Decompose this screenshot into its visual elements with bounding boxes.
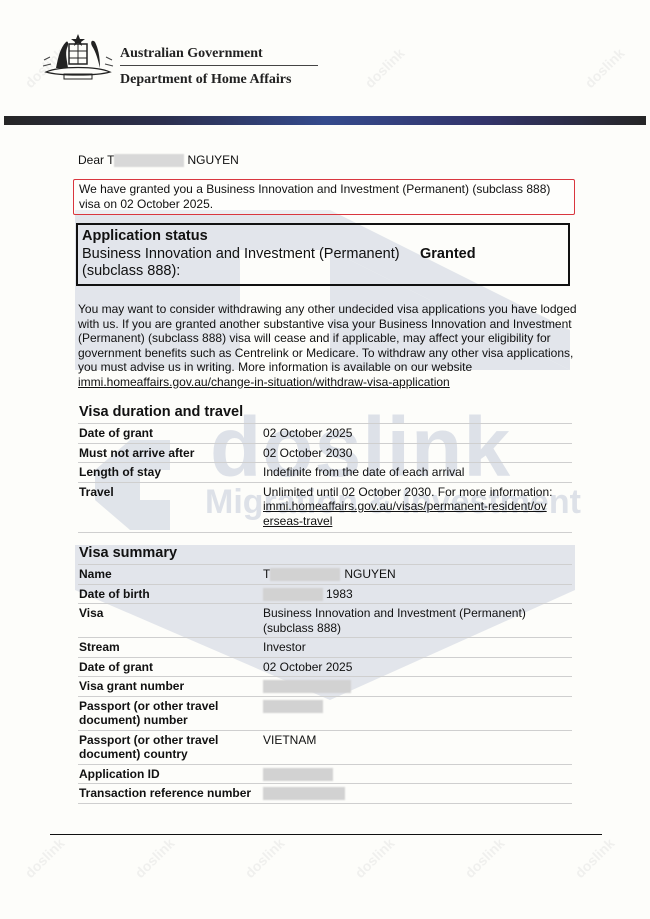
row-value: 1983 [262,584,572,604]
salutation: Dear TNGUYEN [78,153,239,167]
watermark-tile: doslink [242,835,288,881]
government-name: Australian Government [120,46,263,62]
visa-summary-table: Name TNGUYEN Date of birth 1983 Visa Bus… [78,564,572,804]
row-value [262,677,572,697]
table-row: Visa grant number [78,677,572,697]
row-label: Stream [78,638,262,658]
row-value: 02 October 2025 [262,424,572,444]
redacted-value [263,588,323,601]
department-name: Department of Home Affairs [120,72,291,88]
row-label: Visa grant number [78,677,262,697]
watermark-tile: doslink [22,835,68,881]
row-label: Application ID [78,764,262,784]
table-row: Travel Unlimited until 02 October 2030. … [78,482,572,533]
watermark-tile: doslink [352,835,398,881]
visa-summary-title: Visa summary [79,545,177,561]
watermark-tile: doslink [582,45,628,91]
watermark-tile: doslink [362,45,408,91]
name-initial: T [263,567,270,581]
redacted-value [270,568,340,581]
row-label: Must not arrive after [78,443,262,463]
row-value [262,696,572,730]
coat-of-arms-icon [40,30,116,86]
row-value: Unlimited until 02 October 2030. For mor… [262,482,572,533]
watermark-tile: doslink [462,835,508,881]
withdraw-paragraph: You may want to consider withdrawing any… [78,302,578,389]
redacted-name [114,154,184,167]
table-row: Visa Business Innovation and Investment … [78,604,572,638]
birth-year: 1983 [326,587,353,601]
row-label: Date of birth [78,584,262,604]
travel-text: Unlimited until 02 October 2030. For mor… [263,485,552,499]
table-row: Passport (or other travel document) numb… [78,696,572,730]
header-banner [4,116,646,125]
row-value: TNGUYEN [262,565,572,585]
row-value [262,784,572,804]
table-row: Name TNGUYEN [78,565,572,585]
row-label: Transaction reference number [78,784,262,804]
application-status-title: Application status [82,227,564,246]
header-divider [120,65,318,66]
row-label: Date of grant [78,424,262,444]
status-badge: Granted [420,246,476,263]
watermark-tile: doslink [572,835,618,881]
row-label: Passport (or other travel document) numb… [78,696,262,730]
status-visa-name: Business Innovation and Investment (Perm… [82,246,420,263]
row-label: Travel [78,482,262,533]
overseas-travel-link[interactable]: immi.homeaffairs.gov.au/visas/permanent-… [263,499,553,528]
status-visa-subclass: (subclass 888): [82,263,180,280]
row-label: Visa [78,604,262,638]
salutation-prefix: Dear T [78,153,114,167]
row-value: 02 October 2025 [262,657,572,677]
letterhead: Australian Government Department of Home… [40,30,340,90]
table-row: Passport (or other travel document) coun… [78,730,572,764]
watermark-tile: doslink [132,835,178,881]
grant-notice: We have granted you a Business Innovatio… [73,179,575,215]
table-row: Date of birth 1983 [78,584,572,604]
withdraw-visa-link[interactable]: immi.homeaffairs.gov.au/change-in-situat… [78,375,450,389]
redacted-value [263,700,323,713]
redacted-value [263,768,333,781]
visa-duration-table: Date of grant 02 October 2025 Must not a… [78,423,572,533]
table-row: Length of stay Indefinite from the date … [78,463,572,483]
row-label: Passport (or other travel document) coun… [78,730,262,764]
application-status-box: Application status Business Innovation a… [76,223,570,286]
row-label: Date of grant [78,657,262,677]
row-value: Business Innovation and Investment (Perm… [262,604,572,638]
table-row: Must not arrive after 02 October 2030 [78,443,572,463]
row-value: Investor [262,638,572,658]
row-value: Indefinite from the date of each arrival [262,463,572,483]
redacted-value [263,787,345,800]
row-value: VIETNAM [262,730,572,764]
row-label: Name [78,565,262,585]
table-row: Date of grant 02 October 2025 [78,424,572,444]
name-surname: NGUYEN [344,567,395,581]
withdraw-text: You may want to consider withdrawing any… [78,302,577,374]
row-label: Length of stay [78,463,262,483]
footer-divider [50,834,602,835]
table-row: Application ID [78,764,572,784]
table-row: Date of grant 02 October 2025 [78,657,572,677]
table-row: Stream Investor [78,638,572,658]
visa-duration-title: Visa duration and travel [79,404,243,420]
redacted-value [263,680,351,693]
table-row: Transaction reference number [78,784,572,804]
salutation-surname: NGUYEN [187,153,238,167]
row-value [262,764,572,784]
row-value: 02 October 2030 [262,443,572,463]
